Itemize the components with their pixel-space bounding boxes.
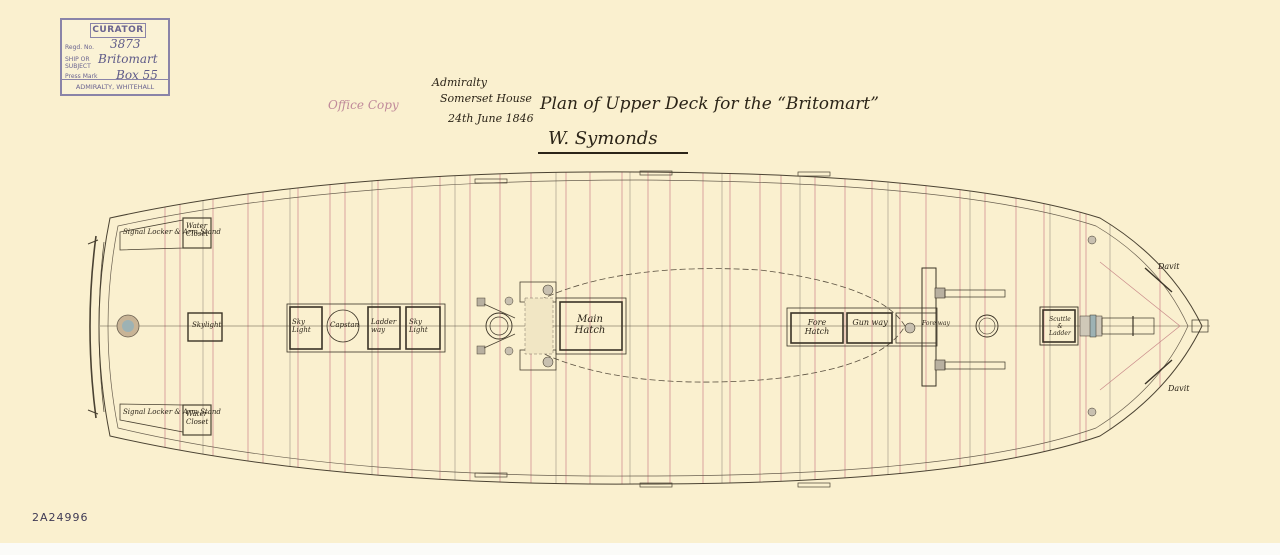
hull-outline [88, 172, 1202, 484]
label-davit-top: Davit [1158, 262, 1179, 271]
label-davit-bottom: Davit [1168, 384, 1189, 393]
reference-number: 2A24996 [32, 511, 89, 524]
label-fore-hatch: Fore Hatch [796, 318, 838, 336]
drawing-sheet: CURATOR Regd. No. 3873 SHIP OR SUBJECT B… [0, 0, 1280, 555]
label-water-closet-bottom: Water Closet [186, 410, 208, 426]
label-sky-light-2: Sky Light [409, 318, 437, 334]
label-ladder-way: Ladder way [371, 318, 399, 334]
upper-deck-plan [0, 0, 1280, 555]
label-aft-skylight: Skylight [192, 321, 221, 329]
label-scuttle-bow: Scuttle & Ladder [1046, 316, 1074, 337]
bitts-cross [922, 268, 1005, 386]
sheet-bottom-edge [0, 543, 1280, 555]
rudder-head [117, 315, 139, 337]
label-main-hatch: Main Hatch [570, 314, 610, 336]
label-water-closet-top: Water Closet [186, 222, 208, 238]
label-capstan: Capstan [330, 321, 359, 329]
label-sky-light-1: Sky Light [292, 318, 320, 334]
label-fore-way: Fore way [922, 320, 950, 327]
label-gun-way: Gun way [852, 318, 888, 327]
